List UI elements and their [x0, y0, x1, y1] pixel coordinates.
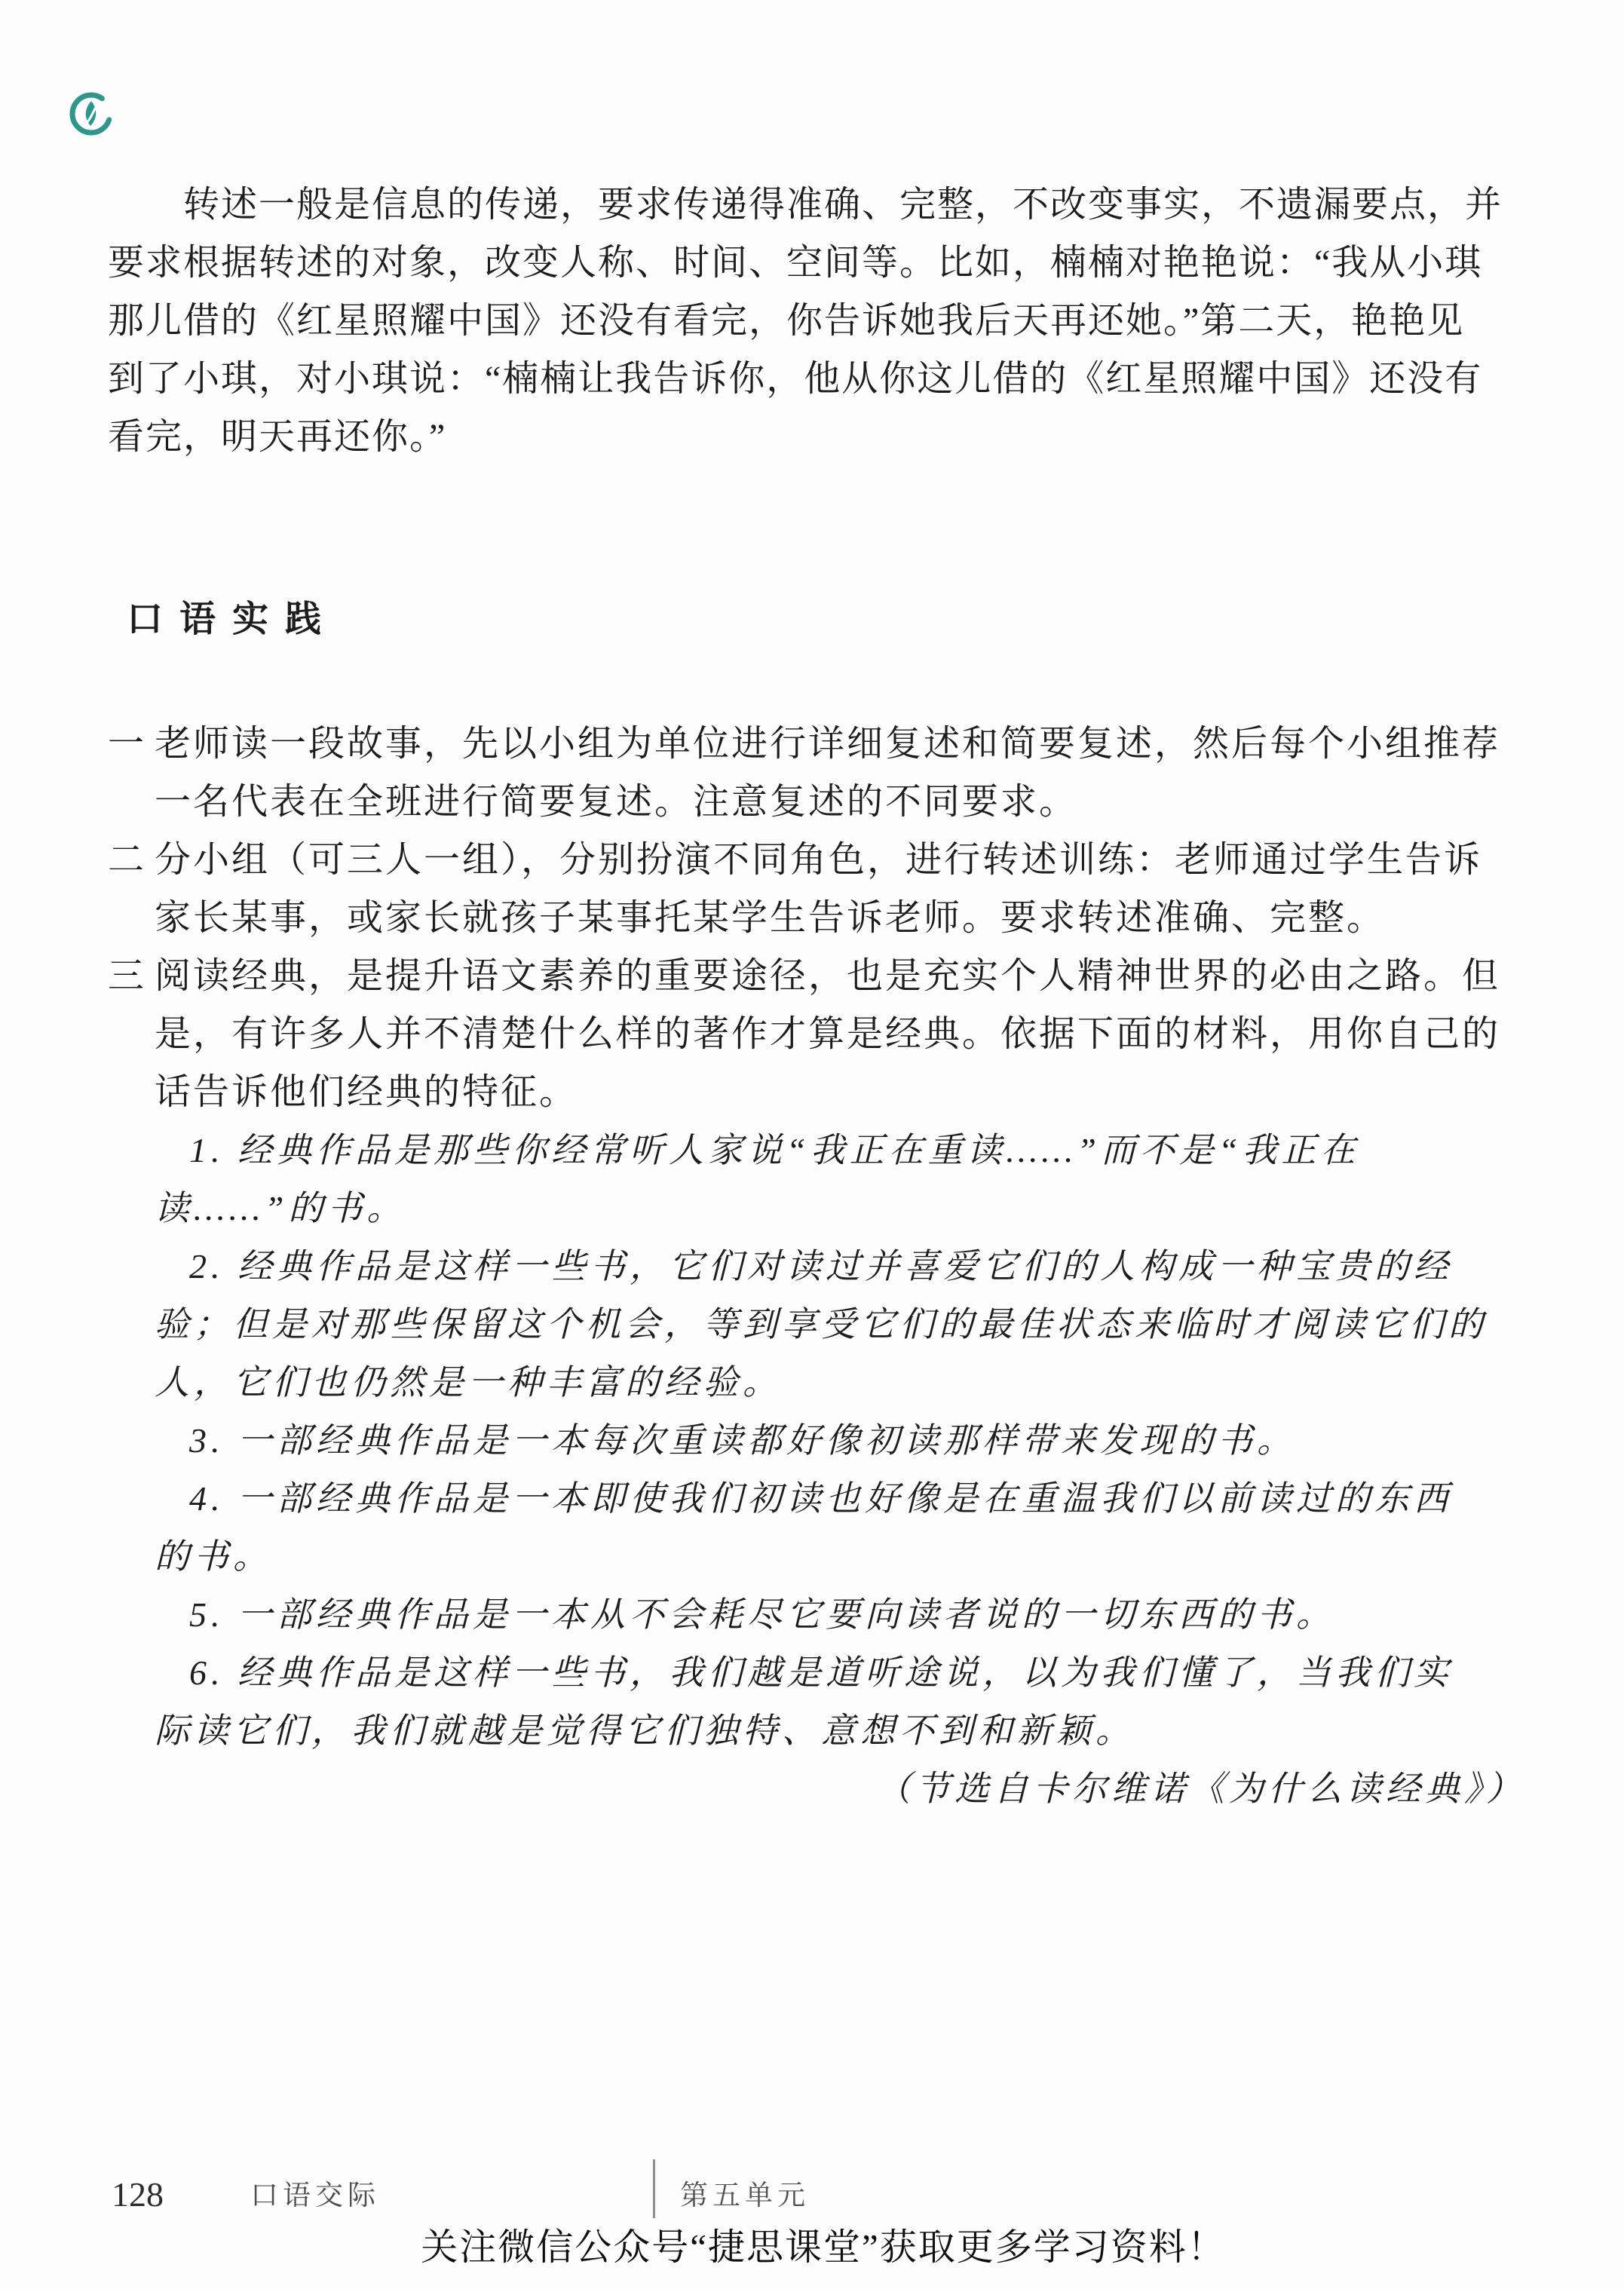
green-printing-logo-icon — [69, 92, 113, 136]
task-item-2: 二 分小组（可三人一组），分别扮演不同角色，进行转述训练：老师通过学生告诉 家长… — [108, 831, 1533, 947]
task-line: 是，有许多人并不清楚什么样的著作才算是经典。依据下面的材料，用你自己的 — [155, 1005, 1533, 1063]
intro-paragraph: 转述一般是信息的传递，要求传递得准确、完整，不改变事实，不遗漏要点，并 要求根据… — [108, 176, 1533, 466]
task-number: 二 — [108, 831, 155, 947]
task-line: 家长某事，或家长就孩子某事托某学生告诉老师。要求转述准确、完整。 — [155, 889, 1533, 947]
quote-line: 验；但是对那些保留这个机会，等到享受它们的最佳状态来临时才阅读它们的 — [155, 1295, 1533, 1353]
task-item-1: 一 老师读一段故事，先以小组为单位进行详细复述和简要复述，然后每个小组推荐 一名… — [108, 715, 1533, 831]
task-line: 话告诉他们经典的特征。 — [155, 1063, 1533, 1121]
footer-divider — [653, 2159, 655, 2218]
quote-line: 2. 经典作品是这样一些书，它们对读过并喜爱它们的人构成一种宝贵的经 — [155, 1237, 1533, 1295]
task-body: 分小组（可三人一组），分别扮演不同角色，进行转述训练：老师通过学生告诉 家长某事… — [155, 831, 1533, 947]
quote-line: 5. 一部经典作品是一本从不会耗尽它要向读者说的一切东西的书。 — [155, 1586, 1533, 1644]
task-list: 一 老师读一段故事，先以小组为单位进行详细复述和简要复述，然后每个小组推荐 一名… — [108, 715, 1533, 1818]
quote-item-4: 4. 一部经典作品是一本即使我们初读也好像是在重温我们以前读过的东西 的书。 — [155, 1469, 1533, 1586]
task-number: 三 — [108, 947, 155, 1818]
task-line: 一名代表在全班进行简要复述。注意复述的不同要求。 — [155, 773, 1533, 831]
quote-line: 际读它们，我们就越是觉得它们独特、意想不到和新颖。 — [155, 1702, 1533, 1760]
section-heading: 口语实践 — [127, 590, 338, 642]
quote-item-3: 3. 一部经典作品是一本每次重读都好像初读那样带来发现的书。 — [155, 1411, 1533, 1469]
quote-item-5: 5. 一部经典作品是一本从不会耗尽它要向读者说的一切东西的书。 — [155, 1586, 1533, 1644]
intro-line: 转述一般是信息的传递，要求传递得准确、完整，不改变事实，不遗漏要点，并 — [108, 176, 1533, 234]
task-line: 分小组（可三人一组），分别扮演不同角色，进行转述训练：老师通过学生告诉 — [155, 831, 1533, 889]
quote-line: 3. 一部经典作品是一本每次重读都好像初读那样带来发现的书。 — [155, 1411, 1533, 1469]
intro-line: 那儿借的《红星照耀中国》还没有看完，你告诉她我后天再还她。”第二天，艳艳见 — [108, 292, 1533, 350]
watermark-text: 关注微信公众号“捷思课堂”获取更多学习资料！ — [23, 2224, 1624, 2271]
footer-section-label: 口语交际 — [250, 2179, 380, 2212]
quote-item-1: 1. 经典作品是那些你经常听人家说“我正在重读……”而不是“我正在 读……”的书… — [155, 1121, 1533, 1237]
task-line: 阅读经典，是提升语文素养的重要途径，也是充实个人精神世界的必由之路。但 — [155, 947, 1533, 1005]
green-printing-logo-svg — [69, 92, 113, 136]
quote-line: 读……”的书。 — [155, 1179, 1533, 1237]
task-item-3: 三 阅读经典，是提升语文素养的重要途径，也是充实个人精神世界的必由之路。但 是，… — [108, 947, 1533, 1818]
task-body: 阅读经典，是提升语文素养的重要途径，也是充实个人精神世界的必由之路。但 是，有许… — [155, 947, 1533, 1818]
task-number: 一 — [108, 715, 155, 831]
page-number: 128 — [112, 2168, 164, 2221]
quote-line: 6. 经典作品是这样一些书，我们越是道听途说，以为我们懂了，当我们实 — [155, 1644, 1533, 1702]
intro-line: 到了小琪，对小琪说：“楠楠让我告诉你，他从你这儿借的《红星照耀中国》还没有 — [108, 350, 1533, 408]
quote-line: 1. 经典作品是那些你经常听人家说“我正在重读……”而不是“我正在 — [155, 1121, 1533, 1179]
intro-line: 要求根据转述的对象，改变人称、时间、空间等。比如，楠楠对艳艳说：“我从小琪 — [108, 234, 1533, 292]
quote-attribution: （节选自卡尔维诺《为什么读经典》） — [155, 1760, 1533, 1818]
quote-line: 的书。 — [155, 1528, 1533, 1586]
quote-item-2: 2. 经典作品是这样一些书，它们对读过并喜爱它们的人构成一种宝贵的经 验；但是对… — [155, 1237, 1533, 1411]
task-line: 老师读一段故事，先以小组为单位进行详细复述和简要复述，然后每个小组推荐 — [155, 715, 1533, 773]
quote-line: 4. 一部经典作品是一本即使我们初读也好像是在重温我们以前读过的东西 — [155, 1469, 1533, 1528]
quote-line: 人，它们也仍然是一种丰富的经验。 — [155, 1353, 1533, 1411]
quote-list: 1. 经典作品是那些你经常听人家说“我正在重读……”而不是“我正在 读……”的书… — [155, 1121, 1533, 1818]
intro-line: 看完，明天再还你。” — [108, 408, 1533, 466]
footer-unit-label: 第五单元 — [680, 2179, 810, 2212]
quote-item-6: 6. 经典作品是这样一些书，我们越是道听途说，以为我们懂了，当我们实 际读它们，… — [155, 1644, 1533, 1760]
task-body: 老师读一段故事，先以小组为单位进行详细复述和简要复述，然后每个小组推荐 一名代表… — [155, 715, 1533, 831]
